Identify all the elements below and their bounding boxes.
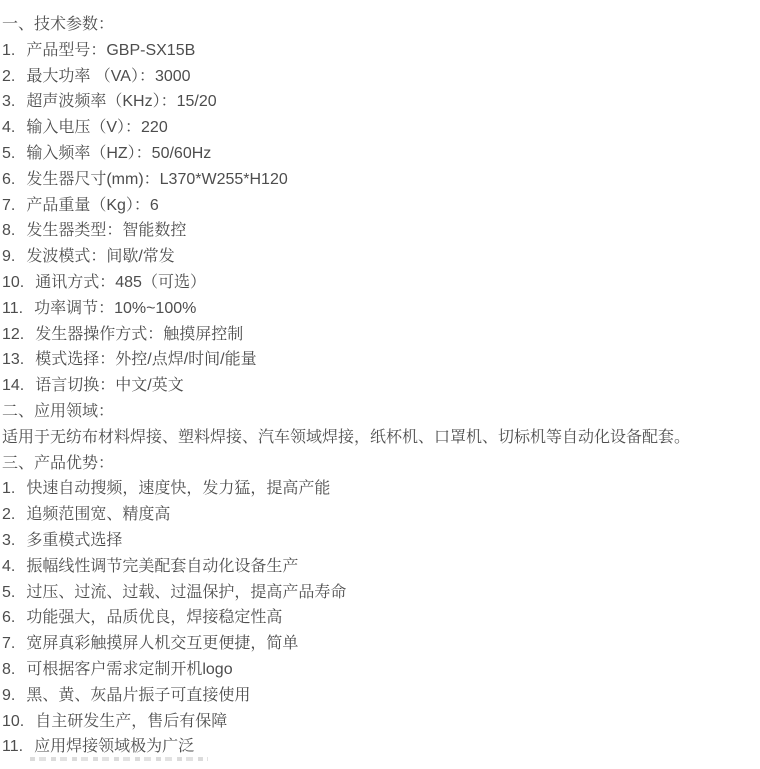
item-number: 1. — [2, 476, 15, 502]
item-number: 9. — [2, 244, 15, 270]
item-text: 模式选择：外控/点焊/时间/能量 — [35, 351, 256, 368]
section-heading-advantages: 三、产品优势： — [2, 451, 756, 477]
list-item: 6.发生器尺寸(mm)：L370*W255*H120 — [2, 167, 756, 193]
list-item: 9.黑、黄、灰晶片振子可直接使用 — [2, 683, 756, 709]
item-number: 8. — [2, 218, 15, 244]
item-text: 宽屏真彩触摸屏人机交互更便捷，简单 — [26, 635, 298, 652]
truncated-next-line-fragment — [30, 757, 208, 761]
item-text: 应用焊接领域极为广泛 — [34, 738, 194, 755]
item-text: 功率调节：10%~100% — [34, 300, 196, 317]
item-text: 最大功率 （VA）：3000 — [26, 68, 190, 85]
item-number: 10. — [2, 270, 24, 296]
item-number: 8. — [2, 657, 15, 683]
item-number: 3. — [2, 528, 15, 554]
item-number: 3. — [2, 89, 15, 115]
section-heading-tech-params: 一、技术参数： — [2, 12, 756, 38]
section-heading-applications: 二、应用领域： — [2, 399, 756, 425]
item-number: 7. — [2, 193, 15, 219]
item-text: 输入电压（V）：220 — [26, 119, 167, 136]
item-text: 快速自动搜频，速度快，发力猛，提高产能 — [26, 480, 330, 497]
list-item: 1.产品型号：GBP-SX15B — [2, 38, 756, 64]
item-number: 10. — [2, 709, 24, 735]
item-text: 功能强大，品质优良，焊接稳定性高 — [26, 609, 282, 626]
item-text: 追频范围宽、精度高 — [26, 506, 170, 523]
item-number: 11. — [2, 296, 23, 322]
list-item: 2.追频范围宽、精度高 — [2, 502, 756, 528]
item-text: 过压、过流、过载、过温保护，提高产品寿命 — [26, 584, 346, 601]
list-item: 8.发生器类型：智能数控 — [2, 218, 756, 244]
list-item: 4.振幅线性调节完美配套自动化设备生产 — [2, 554, 756, 580]
item-text: 发生器操作方式：触摸屏控制 — [35, 326, 243, 343]
list-item: 3.多重模式选择 — [2, 528, 756, 554]
list-item: 10.自主研发生产，售后有保障 — [2, 709, 756, 735]
list-item: 7.宽屏真彩触摸屏人机交互更便捷，简单 — [2, 631, 756, 657]
item-text: 产品型号：GBP-SX15B — [26, 42, 195, 59]
item-text: 产品重量（Kg）：6 — [26, 197, 158, 214]
item-text: 黑、黄、灰晶片振子可直接使用 — [26, 687, 250, 704]
applications-paragraph: 适用于无纺布材料焊接、塑料焊接、汽车领域焊接，纸杯机、口罩机、切标机等自动化设备… — [2, 425, 756, 451]
item-text: 振幅线性调节完美配套自动化设备生产 — [26, 558, 298, 575]
item-text: 多重模式选择 — [26, 532, 122, 549]
item-text: 通讯方式：485（可选） — [35, 274, 206, 291]
item-number: 9. — [2, 683, 15, 709]
item-text: 语言切换：中文/英文 — [35, 377, 183, 394]
item-text: 自主研发生产，售后有保障 — [35, 713, 227, 730]
item-number: 11. — [2, 734, 23, 760]
list-item: 4.输入电压（V）：220 — [2, 115, 756, 141]
list-item: 1.快速自动搜频，速度快，发力猛，提高产能 — [2, 476, 756, 502]
item-number: 13. — [2, 347, 24, 373]
item-number: 5. — [2, 580, 15, 606]
item-number: 4. — [2, 554, 15, 580]
list-item: 2.最大功率 （VA）：3000 — [2, 64, 756, 90]
item-text: 发波模式：间歇/常发 — [26, 248, 174, 265]
item-number: 6. — [2, 167, 15, 193]
item-text: 发生器类型：智能数控 — [26, 222, 186, 239]
list-item: 12.发生器操作方式：触摸屏控制 — [2, 322, 756, 348]
item-text: 输入频率（HZ）：50/60Hz — [26, 145, 211, 162]
item-number: 4. — [2, 115, 15, 141]
item-number: 2. — [2, 502, 15, 528]
list-item: 13.模式选择：外控/点焊/时间/能量 — [2, 347, 756, 373]
list-item: 11.功率调节：10%~100% — [2, 296, 756, 322]
product-description-document: 一、技术参数： 1.产品型号：GBP-SX15B 2.最大功率 （VA）：300… — [0, 0, 760, 760]
list-item: 3.超声波频率（KHz）：15/20 — [2, 89, 756, 115]
item-number: 12. — [2, 322, 24, 348]
list-item: 10.通讯方式：485（可选） — [2, 270, 756, 296]
list-item: 9.发波模式：间歇/常发 — [2, 244, 756, 270]
item-number: 1. — [2, 38, 15, 64]
list-item: 7.产品重量（Kg）：6 — [2, 193, 756, 219]
list-item: 6.功能强大，品质优良，焊接稳定性高 — [2, 605, 756, 631]
item-number: 7. — [2, 631, 15, 657]
item-text: 可根据客户需求定制开机logo — [26, 661, 232, 678]
item-number: 6. — [2, 605, 15, 631]
item-number: 14. — [2, 373, 24, 399]
list-item: 5.过压、过流、过载、过温保护，提高产品寿命 — [2, 580, 756, 606]
list-item: 5.输入频率（HZ）：50/60Hz — [2, 141, 756, 167]
list-item: 8.可根据客户需求定制开机logo — [2, 657, 756, 683]
item-text: 超声波频率（KHz）：15/20 — [26, 93, 216, 110]
list-item: 14.语言切换：中文/英文 — [2, 373, 756, 399]
item-text: 发生器尺寸(mm)：L370*W255*H120 — [26, 171, 287, 188]
item-number: 2. — [2, 64, 15, 90]
item-number: 5. — [2, 141, 15, 167]
